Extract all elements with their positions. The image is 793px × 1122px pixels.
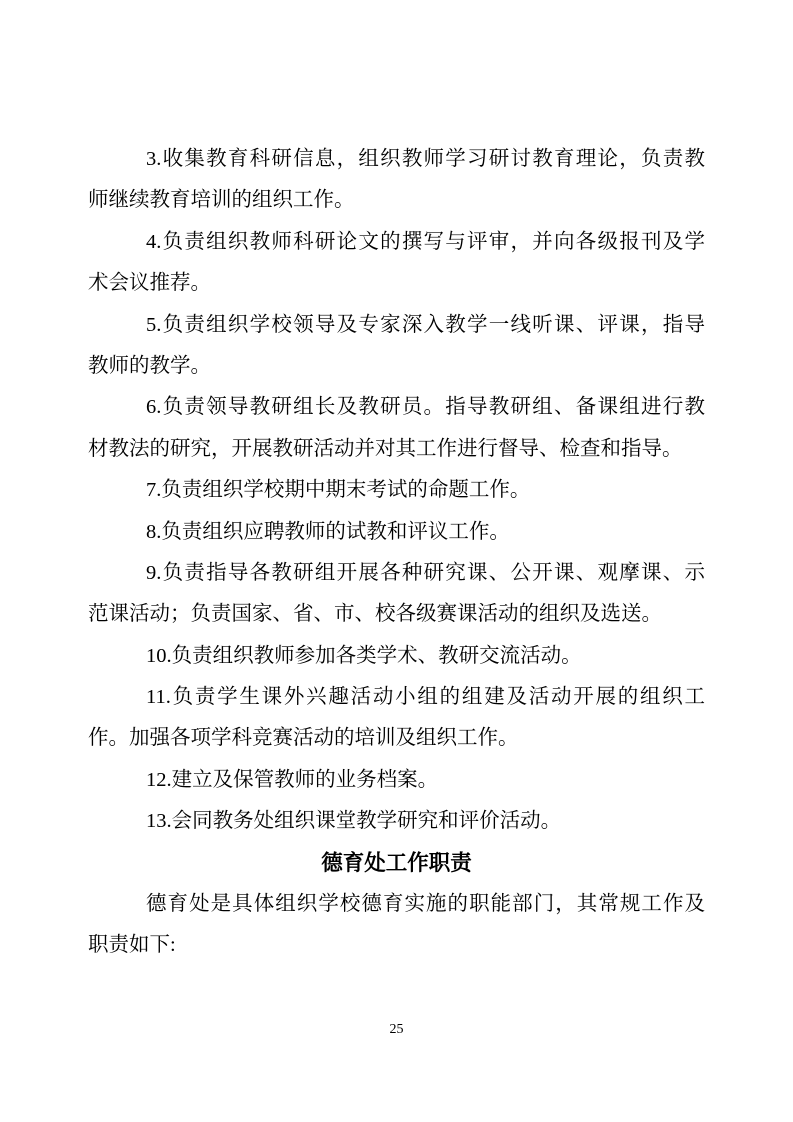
text-line: 教师的教学。: [88, 346, 705, 387]
paragraph: 12.建立及保管教师的业务档案。: [88, 760, 705, 801]
text-line: 4.负责组织教师科研论文的撰写与评审，并向各级报刊及学: [88, 222, 705, 263]
text-line: 术会议推荐。: [88, 263, 705, 304]
text-line: 7.负责组织学校期中期末考试的命题工作。: [88, 470, 705, 511]
text-line: 9.负责指导各教研组开展各种研究课、公开课、观摩课、示: [88, 553, 705, 594]
paragraph: 8.负责组织应聘教师的试教和评议工作。: [88, 512, 705, 553]
page-number: 25: [0, 1021, 793, 1039]
paragraph: 4.负责组织教师科研论文的撰写与评审，并向各级报刊及学术会议推荐。: [88, 222, 705, 305]
text-line: 10.负责组织教师参加各类学术、教研交流活动。: [88, 636, 705, 677]
paragraph: 9.负责指导各教研组开展各种研究课、公开课、观摩课、示范课活动；负责国家、省、市…: [88, 553, 705, 636]
paragraph: 5.负责组织学校领导及专家深入教学一线听课、评课，指导教师的教学。: [88, 305, 705, 388]
paragraph: 10.负责组织教师参加各类学术、教研交流活动。: [88, 636, 705, 677]
paragraph: 13.会同教务处组织课堂教学研究和评价活动。: [88, 801, 705, 842]
paragraph: 德育处是具体组织学校德育实施的职能部门，其常规工作及职责如下:: [88, 884, 705, 967]
text-line: 德育处是具体组织学校德育实施的职能部门，其常规工作及: [88, 884, 705, 925]
text-line: 8.负责组织应聘教师的试教和评议工作。: [88, 512, 705, 553]
text-line: 3.收集教育科研信息，组织教师学习研讨教育理论，负责教: [88, 139, 705, 180]
paragraph: 7.负责组织学校期中期末考试的命题工作。: [88, 470, 705, 511]
text-line: 6.负责领导教研组长及教研员。指导教研组、备课组进行教: [88, 387, 705, 428]
text-line: 师继续教育培训的组织工作。: [88, 180, 705, 221]
text-line: 范课活动；负责国家、省、市、校各级赛课活动的组织及选送。: [88, 594, 705, 635]
text-line: 5.负责组织学校领导及专家深入教学一线听课、评课，指导: [88, 305, 705, 346]
text-line: 材教法的研究，开展教研活动并对其工作进行督导、检查和指导。: [88, 429, 705, 470]
paragraph: 11.负责学生课外兴趣活动小组的组建及活动开展的组织工作。加强各项学科竞赛活动的…: [88, 677, 705, 760]
document-body: 3.收集教育科研信息，组织教师学习研讨教育理论，负责教师继续教育培训的组织工作。…: [88, 139, 705, 967]
text-line: 德育处工作职责: [88, 843, 705, 884]
document-page: 3.收集教育科研信息，组织教师学习研讨教育理论，负责教师继续教育培训的组织工作。…: [0, 0, 793, 1122]
section-heading: 德育处工作职责: [88, 843, 705, 884]
paragraph: 6.负责领导教研组长及教研员。指导教研组、备课组进行教材教法的研究，开展教研活动…: [88, 387, 705, 470]
text-line: 12.建立及保管教师的业务档案。: [88, 760, 705, 801]
text-line: 13.会同教务处组织课堂教学研究和评价活动。: [88, 801, 705, 842]
text-line: 职责如下:: [88, 925, 705, 966]
text-line: 11.负责学生课外兴趣活动小组的组建及活动开展的组织工: [88, 677, 705, 718]
text-line: 作。加强各项学科竞赛活动的培训及组织工作。: [88, 718, 705, 759]
paragraph: 3.收集教育科研信息，组织教师学习研讨教育理论，负责教师继续教育培训的组织工作。: [88, 139, 705, 222]
